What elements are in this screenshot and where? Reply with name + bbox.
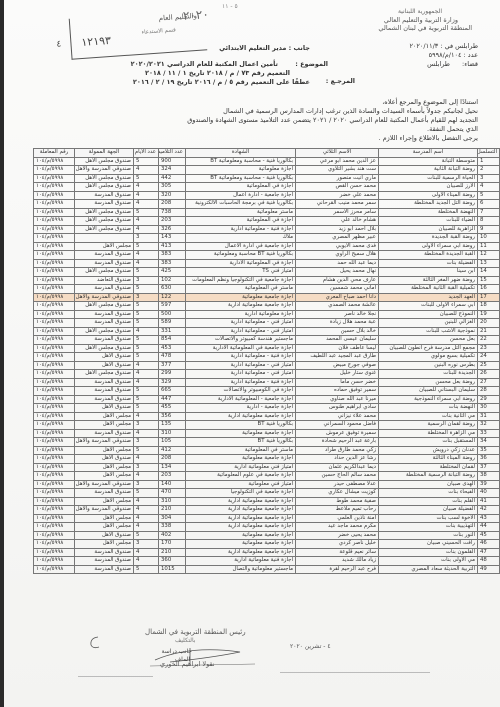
reference-cell: ٥٩٩٨/م/١٠٤ — [34, 429, 75, 438]
table-row: 42الفضيلة صبيانرحاب تميم ملاعطاجازة جامع… — [34, 506, 500, 515]
serial-cell: 45 — [478, 531, 500, 540]
reference-cell: ٥٩٩٨/م/١٠٤ — [34, 157, 75, 166]
table-row: 43الاخوة لسب بناتامنة ناذين العلمياجازة … — [34, 514, 500, 523]
students-cell: 589 — [159, 319, 186, 328]
school-cell: نموذجية الاشب للبنات — [379, 327, 478, 336]
school-cell: متوسطة التبانة — [379, 157, 478, 166]
students-cell: 210 — [159, 506, 186, 515]
degree-cell: بكالوريا فنية BT — [186, 438, 296, 447]
days-cell: 4 — [134, 455, 159, 464]
serial-cell: 16 — [478, 285, 500, 294]
reference-cell: ٥٩٩٨/م/١٠٤ — [34, 276, 75, 285]
reference-cell: ٥٩٩٨/م/١٠٤ — [34, 523, 75, 532]
school-cell: الغزالي للبنين — [379, 319, 478, 328]
days-cell: 3 — [134, 463, 159, 472]
funder-cell: صندوق المدرسة — [75, 191, 134, 200]
reference-cell: ٥٩٩٨/م/١٠٤ — [34, 421, 75, 430]
serial-cell: 46 — [478, 540, 500, 549]
degree-cell: اجازة جامعية معلوماتية — [186, 531, 296, 540]
handwritten-date: ٤ - تشرين ٢٠٢٠ — [290, 643, 331, 651]
school-cell: المستقبل بنات — [379, 438, 478, 447]
students-cell: 143 — [159, 234, 186, 243]
serial-cell: 34 — [478, 438, 500, 447]
handwritten-number: ٢٠٢٠ — [183, 7, 210, 23]
degree-cell: اجازة جامعية في التكنولوجيا — [186, 489, 296, 498]
students-cell: 597 — [159, 302, 186, 311]
students-cell: 447 — [159, 395, 186, 404]
name-cell: نهال محمد يحيل — [296, 268, 379, 277]
days-cell: 5 — [134, 353, 159, 362]
document-page: الجمهورية اللبنانية وزارة التربية والتعل… — [0, 0, 500, 707]
stamp-side-number: ٤ — [56, 39, 62, 49]
days-cell: 3 — [134, 293, 159, 302]
name-cell: فاضل محمود السمراني — [296, 421, 379, 430]
degree-cell: اجازة فنية - معلوماتية ادارية — [186, 378, 296, 387]
school-cell: النهضة المختلطة — [379, 208, 478, 217]
students-cell: 455 — [159, 404, 186, 413]
header-name: الاسم الثلاثي — [296, 149, 379, 158]
degree-cell: اجازة جامعية معلوماتية ادارية — [186, 506, 296, 515]
days-cell: 4 — [134, 191, 159, 200]
name-cell: رحاب تميم ملاعط — [296, 506, 379, 515]
days-cell: 5 — [134, 336, 159, 345]
funder-cell: مجلس الأهل — [75, 242, 134, 251]
funder-cell: صندوق مجلس الأهل — [75, 217, 134, 226]
name-cell: سمير توفيق حماده — [296, 387, 379, 396]
days-cell: 5 — [134, 387, 159, 396]
table-row: 12القبة الجديدة المختلطةهلال سميح الراوي… — [34, 251, 500, 260]
degree-cell: اجازة جامعية معلوماتية ادارية — [186, 523, 296, 532]
reference-cell: ٥٩٩٨/م/١٠٤ — [34, 208, 75, 217]
funder-cell: صندوق الأهل — [75, 455, 134, 464]
name-cell: عبير مظهر المصري — [296, 234, 379, 243]
days-cell: 4 — [134, 523, 159, 532]
days-cell: 5 — [134, 446, 159, 455]
reference-cell: ٥٩٩٨/م/١٠٤ — [34, 191, 75, 200]
table-row: 15روضة ضهر المغر الثالثةعارف محي الدين ه… — [34, 276, 500, 285]
table-row: 44التهذيبية بناتمكرم محمد ماجد عيداجازة … — [34, 523, 500, 532]
days-cell: 4 — [134, 472, 159, 481]
table-row: 46رأفت الحسيني صبيانخليل ناصر كردياجازة … — [34, 540, 500, 549]
table-row: 1متوسطة التبانةعز الدين محمد ابو مرعيبكا… — [34, 157, 500, 166]
table-row: 16تكميلية القبة الثانية المختلطةاماني مح… — [34, 285, 500, 294]
reference-cell: ٥٩٩٨/م/١٠٤ — [34, 174, 75, 183]
name-cell: ماري انيت منصور — [296, 174, 379, 183]
table-header-row: التسلسل اسم المدرسة الاسم الثلاثي الشهاد… — [34, 149, 500, 158]
students-cell: 383 — [159, 259, 186, 268]
name-cell: هلال سميح الراوي — [296, 251, 379, 260]
days-cell: 4 — [134, 200, 159, 209]
reference-cell: ٥٩٩٨/م/١٠٤ — [34, 497, 75, 506]
students-cell: 170 — [159, 540, 186, 549]
table-row: 6روضة التل الجديد المختلطةسمر محمد منيب … — [34, 200, 500, 209]
school-cell: روضة ضهر المغر الثالثة — [379, 276, 478, 285]
reference-cell: ٥٩٩٨/م/١٠٤ — [34, 540, 75, 549]
serial-cell: 4 — [478, 183, 500, 192]
funder-cell: صندوق مجلس الأهل — [75, 208, 134, 217]
reference-cell: ٥٩٩٨/م/١٠٤ — [34, 217, 75, 226]
school-cell: الاخوة لسب بنات — [379, 514, 478, 523]
serial-cell: 32 — [478, 421, 500, 430]
school-cell: النهضة بنات — [379, 404, 478, 413]
name-cell: محمد علي خضر — [296, 191, 379, 200]
name-cell: سامر محرز الاسمر — [296, 208, 379, 217]
funder-cell: صندوقي المدرسة والأهل — [75, 166, 134, 175]
name-cell: دانا احمد صباح المعري — [296, 293, 379, 302]
reference-cell: ٥٩٩٨/م/١٠٤ — [34, 548, 75, 557]
name-cell: عدلا مصطفى حيدر — [296, 480, 379, 489]
days-cell: 4 — [134, 361, 159, 370]
degree-cell: اجازة جامعية معلوماتية ادارية — [186, 497, 296, 506]
reference-cell: ٥٩٩٨/م/١٠٤ — [34, 480, 75, 489]
students-cell: 470 — [159, 489, 186, 498]
degree-cell: اجازة معلوماتية ادارية — [186, 310, 296, 319]
days-cell: 4 — [134, 378, 159, 387]
days-cell: 5 — [134, 268, 159, 277]
school-cell: الفضيلة صبيان — [379, 506, 478, 515]
school-cell: القبة الجديدة المختلطة — [379, 251, 478, 260]
reference-cell: ٥٩٩٨/م/١٠٤ — [34, 395, 75, 404]
table-row: 33مي الزاهرة المختلطةسميرة توفيق عرموشاج… — [34, 429, 500, 438]
days-cell: 5 — [134, 310, 159, 319]
stamp-subtitle: قسم الاستدعاء — [141, 27, 176, 35]
funder-cell: صندوق مجلس الأهل — [75, 183, 134, 192]
table-row: 9الزاهرية للصبيانبلال احمد ابو زيداجازة … — [34, 225, 500, 234]
table-row: 40الفيحاء بناتكوزيت ميشال عكارياجازة جام… — [34, 489, 500, 498]
funder-cell — [75, 234, 134, 243]
table-row: 36روضة الميناء الثالثةرشا عز الدين حدادا… — [34, 455, 500, 464]
days-cell: 4 — [134, 251, 159, 260]
school-cell: التهذيبية بنات — [379, 523, 478, 532]
school-cell: سليمان البستاني للصبيان — [379, 387, 478, 396]
funder-cell: صندوق مجلس الأهل — [75, 157, 134, 166]
name-cell: خليل ناصر كردي — [296, 540, 379, 549]
degree-cell: اجازة جامعية معلوماتية ادارية — [186, 302, 296, 311]
reference-label: المرجـع : — [326, 77, 355, 85]
table-row: 10روضة القبة الجديدةعبير مظهر المصريملاك… — [34, 234, 500, 243]
funder-cell: صندوق المدرسة — [75, 489, 134, 498]
name-cell: بلال احمد ابو زيد — [296, 225, 379, 234]
school-cell: التربية الحديثة سعاد المصري — [379, 565, 478, 574]
degree-cell: ماجستير معلوماتية والتصال — [186, 565, 296, 574]
name-cell: عائشة محمد الصمدي — [296, 302, 379, 311]
reference-cell: ٥٩٩٨/م/١٠٤ — [34, 565, 75, 574]
name-cell: اماني محمد شمسين — [296, 285, 379, 294]
days-cell: 4 — [134, 506, 159, 515]
serial-cell: 22 — [478, 336, 500, 345]
table-row: 30النهضة بناتسادي ابراهيم طنوساجازة جامع… — [34, 404, 500, 413]
table-row: 24تكميلية بسيع مولويطارق عبد المجيد عبد … — [34, 353, 500, 362]
table-row: 18ابي سمراء الأولى للبناتعائشة محمد الصم… — [34, 302, 500, 311]
days-cell: 4 — [134, 514, 159, 523]
students-cell: 329 — [159, 378, 186, 387]
funder-cell: صندوق المدرسة — [75, 557, 134, 566]
degree-cell: ماستر في المعلوماتية — [186, 446, 296, 455]
days-cell: 4 — [134, 259, 159, 268]
name-cell: خالد بلال حسين — [296, 327, 379, 336]
table-row: 27روضة بعل محسنخضر حسن مامااجازة فنية - … — [34, 378, 500, 387]
school-cell: النموذج للصبيان — [379, 310, 478, 319]
students-cell: 630 — [159, 285, 186, 294]
days-cell: 4 — [134, 370, 159, 379]
school-cell: الفضيلة بنات — [379, 259, 478, 268]
reference-cell: ٥٩٩٨/م/١٠٤ — [34, 370, 75, 379]
days-cell: 3 — [134, 234, 159, 243]
name-cell: صفية محمد طوط — [296, 497, 379, 506]
funder-cell: صندوق مجلس الأهل — [75, 174, 134, 183]
scan-line-1 — [78, 676, 153, 677]
students-cell: 105 — [159, 438, 186, 447]
degree-cell: اجازة في الكومبيوتر والاتصالات — [186, 387, 296, 396]
name-cell: عبة محمد هلال زيادة — [296, 319, 379, 328]
name-cell: سائر نعيم قلوعة — [296, 548, 379, 557]
funder-cell: مجلس الأهل — [75, 523, 134, 532]
name-cell: طارق عبد المجيد عبد اللطيف — [296, 353, 379, 362]
funder-cell: مجلس الأهل — [75, 540, 134, 549]
degree-cell: اجازة جامعية معلوماتية — [186, 455, 296, 464]
funder-cell: صندوقي المدرسة والأهل — [75, 506, 134, 515]
days-cell: 5 — [134, 404, 159, 413]
serial-cell: 23 — [478, 344, 500, 353]
name-cell: محمد يحيى خضر — [296, 531, 379, 540]
serial-cell: 1 — [478, 157, 500, 166]
table-row: 17العهد الجديددانا احمد صباح المعرياجازة… — [34, 293, 500, 302]
reference-cell: ٥٩٩٨/م/١٠٤ — [34, 200, 75, 209]
degree-cell: بكالوريا فنية - محاسبة ومعلوماتية BT — [186, 157, 296, 166]
degree-cell: اجازة معلوماتية — [186, 166, 296, 175]
days-cell: 5 — [134, 285, 159, 294]
serial-cell: 8 — [478, 217, 500, 226]
serial-cell: 17 — [478, 293, 500, 302]
serial-cell: 27 — [478, 378, 500, 387]
body-line-5: يرجى التفضل بالاطلاع وإجراء اللازم . — [379, 134, 479, 142]
scan-edge — [0, 0, 4, 707]
students-cell: 210 — [159, 548, 186, 557]
school-cell: رأفت الحسيني صبيان — [379, 540, 478, 549]
table-row: 25بطرس نوره البنينصوفي جورج مبيضامتياز ف… — [34, 361, 500, 370]
days-cell: 4 — [134, 217, 159, 226]
funder-cell: صندوق الأهل — [75, 404, 134, 413]
reference-cell: ٥٩٩٨/م/١٠٤ — [34, 251, 75, 260]
school-cell: بعل محسن — [379, 336, 478, 345]
reference-cell: ٥٩٩٨/م/١٠٤ — [34, 166, 75, 175]
days-cell: 5 — [134, 395, 159, 404]
table-row: 7النهضة المختلطةسامر محرز الاسمرماستر مع… — [34, 208, 500, 217]
reference-cell: ٥٩٩٨/م/١٠٤ — [34, 472, 75, 481]
serial-cell: 2 — [478, 166, 500, 175]
reference-cell: ٥٩٩٨/م/١٠٤ — [34, 302, 75, 311]
header-students: عدد التلاميذ — [159, 149, 186, 158]
days-cell: 4 — [134, 548, 159, 557]
stamp-number: ١٢١٩٣ — [81, 34, 111, 49]
students-cell: 900 — [159, 157, 186, 166]
name-cell: محمد سالم الحاج حسين — [296, 472, 379, 481]
school-cell: الجديدة للبنات — [379, 370, 478, 379]
school-cell: روضة القبة الجديدة — [379, 234, 478, 243]
table-row: 47القلمون بناتسائر نعيم قلوعةاجازة جامعي… — [34, 548, 500, 557]
funder-cell: مجلس الأهل — [75, 421, 134, 430]
students-cell: 360 — [159, 557, 186, 566]
name-cell: ميرنا عبد الله صناوي — [296, 395, 379, 404]
students-cell: 299 — [159, 370, 186, 379]
school-cell: روضة ابي سمراء النموذجية — [379, 395, 478, 404]
reference-cell: ٥٩٩٨/م/١٠٤ — [34, 353, 75, 362]
days-cell: 4 — [134, 412, 159, 421]
funder-cell: صندوق المدرسة — [75, 259, 134, 268]
header-district-label: قضاء: — [462, 60, 478, 68]
serial-cell: 20 — [478, 319, 500, 328]
days-cell: 4 — [134, 166, 159, 175]
funder-cell: مجلس الأهل — [75, 497, 134, 506]
handwritten-note: ٥ - ١١ — [222, 3, 238, 10]
name-cell: هشام خالد علي — [296, 217, 379, 226]
serial-cell: 49 — [478, 565, 500, 574]
school-cell: ابي سمراء الأولى للبنات — [379, 302, 478, 311]
funder-cell: صندوق التعاضد — [75, 276, 134, 285]
serial-cell: 42 — [478, 506, 500, 515]
degree-cell: اجازة جامعية - المعلوماتية الادارية — [186, 395, 296, 404]
funder-cell: صندوق مجلس الأهل — [75, 225, 134, 234]
serial-cell: 13 — [478, 259, 500, 268]
name-cell: بارعة عبد الرحيم شحادة — [296, 438, 379, 447]
body-line-1: استنادًا إلى الموضوع والمرجع أعلاه، — [382, 98, 478, 106]
name-cell: رشا عز الدين حداد — [296, 455, 379, 464]
reference-cell: ٥٩٩٨/م/١٠٤ — [34, 268, 75, 277]
serial-cell: 33 — [478, 429, 500, 438]
days-cell: 5 — [134, 489, 159, 498]
name-cell: نجلا خالد ناصر — [296, 310, 379, 319]
table-row: 49التربية الحديثة سعاد المصريفرح عبد الر… — [34, 565, 500, 574]
funder-cell: صندوق مجلس الأهل — [75, 327, 134, 336]
days-cell: 5 — [134, 242, 159, 251]
degree-cell: امتياز فني TS — [186, 268, 296, 277]
students-cell: 140 — [159, 480, 186, 489]
school-cell: القلمون بنات — [379, 548, 478, 557]
table-row: 19النموذج للصبياننجلا خالد ناصراجازة معل… — [34, 310, 500, 319]
serial-cell: 47 — [478, 548, 500, 557]
school-cell: مي الأولى بنات — [379, 557, 478, 566]
table-row: 48مي الأولى بناتزياد مالك شديداجازة فنية… — [34, 557, 500, 566]
reference-cell: ٥٩٩٨/م/١٠٤ — [34, 327, 75, 336]
serial-cell: 5 — [478, 191, 500, 200]
school-cell: ابن سينا — [379, 268, 478, 277]
serial-cell: 10 — [478, 234, 500, 243]
students-cell: 102 — [159, 276, 186, 285]
reference-cell: ٥٩٩٨/م/١٠٤ — [34, 438, 75, 447]
staff-table: التسلسل اسم المدرسة الاسم الثلاثي الشهاد… — [33, 148, 500, 574]
table-row: 5روضة الميناء الأولىمحمد علي خضراجازة جا… — [34, 191, 500, 200]
serial-cell: 30 — [478, 404, 500, 413]
header-number: عدد : ١٠٤/م/٥٩٩٨ — [429, 51, 478, 59]
funder-cell: صندوق مجلس الأهل — [75, 302, 134, 311]
body-line-3: التجديد لهم للقيام بأعمال المكتبة للعام … — [187, 116, 478, 124]
reference-cell: ٥٩٩٨/م/١٠٤ — [34, 557, 75, 566]
body-line-2: نحيل لجانبكم جدولاً بأسماء السيدات والسا… — [223, 107, 478, 115]
serial-cell: 29 — [478, 395, 500, 404]
name-cell: غنوى ستار خليل — [296, 370, 379, 379]
name-cell: سمر محمد منيب القرحاني — [296, 200, 379, 209]
students-cell: 412 — [159, 446, 186, 455]
reference-cell: ٥٩٩٨/م/١٠٤ — [34, 285, 75, 294]
table-row: 41القلم بناتصفية محمد طوطاجازة جامعية مع… — [34, 497, 500, 506]
reference-cell: ٥٩٩٨/م/١٠٤ — [34, 234, 75, 243]
name-cell: زكي محمد طارق طراد — [296, 446, 379, 455]
degree-cell: اجازة فنية - معلوماتية ادارية — [186, 353, 296, 362]
funder-cell: صندوق المدرسة — [75, 310, 134, 319]
school-cell: روضة التل الجديد المختلطة — [379, 200, 478, 209]
students-cell: 310 — [159, 429, 186, 438]
degree-cell: ماجستير هندسة كمبيوتر والاتصالات — [186, 336, 296, 345]
table-row: 21نموذجية الاشب للبناتخالد بلال حسينامتي… — [34, 327, 500, 336]
school-cell: القلم بنات — [379, 497, 478, 506]
reference-cell: ٥٩٩٨/م/١٠٤ — [34, 378, 75, 387]
days-cell: 5 — [134, 157, 159, 166]
header-district: طرابلس — [427, 60, 450, 68]
table-row: 20الغزالي للبنينعبة محمد هلال زيادةامتيا… — [34, 319, 500, 328]
funder-cell: صندوق المدرسة — [75, 319, 134, 328]
funder-cell: صندوق مجلس الأهل — [75, 370, 134, 379]
students-cell: 413 — [159, 242, 186, 251]
degree-cell: اجازة جامعية معلوماتية ادارية — [186, 548, 296, 557]
serial-cell: 48 — [478, 557, 500, 566]
degree-cell: بكالوريا فنية BT محاسبة ومعلوماتية — [186, 251, 296, 260]
serial-cell: 14 — [478, 268, 500, 277]
serial-cell: 36 — [478, 455, 500, 464]
name-cell: ست هند بشير التلاوي — [296, 166, 379, 175]
table-row: 26الجديدة للبناتغنوى ستار خليلامتياز فني… — [34, 370, 500, 379]
serial-cell: 37 — [478, 463, 500, 472]
students-cell: 854 — [159, 336, 186, 345]
students-cell: 738 — [159, 208, 186, 217]
students-cell: 208 — [159, 455, 186, 464]
days-cell: 5 — [134, 531, 159, 540]
reference-1: التعميم رقم ٧٣ / م / ٢٠١٨ تاريخ ١ / ١١ /… — [145, 69, 290, 77]
serial-cell: 35 — [478, 446, 500, 455]
school-cell: تكميلية القبة الثانية المختلطة — [379, 285, 478, 294]
serial-cell: 11 — [478, 242, 500, 251]
students-cell: 377 — [159, 361, 186, 370]
degree-cell: اجازة جامعية معلوماتية — [186, 429, 296, 438]
name-cell: سليمان عيسى المحمد — [296, 336, 379, 345]
funder-cell: مجلس الأهل — [75, 412, 134, 421]
reference-2: عطفًا على التعميم رقم ٥ / م / ٢٠١٦ تاريخ… — [133, 78, 310, 86]
header-serial: التسلسل — [478, 149, 500, 158]
name-cell: امنة ناذين العلمي — [296, 514, 379, 523]
serial-cell: 31 — [478, 412, 500, 421]
degree-cell: اجازة جامعية معلوماتية — [186, 540, 296, 549]
days-cell: 4 — [134, 497, 159, 506]
degree-cell: اجازة جامعية في علوم المعلوماتية — [186, 472, 296, 481]
reference-cell: ٥٩٩٨/م/١٠٤ — [34, 319, 75, 328]
reference-cell: ٥٩٩٨/م/١٠٤ — [34, 455, 75, 464]
school-cell: بطرس نوره البنين — [379, 361, 478, 370]
degree-cell: اجازة جامعية في ادارة الاعمال — [186, 242, 296, 251]
reference-cell: ٥٩٩٨/م/١٠٤ — [34, 293, 75, 302]
reference-cell: ٥٩٩٨/م/١٠٤ — [34, 259, 75, 268]
name-cell: محمد حسن القص — [296, 183, 379, 192]
funder-cell: صندوق الأهل — [75, 531, 134, 540]
students-cell: 134 — [159, 463, 186, 472]
funder-cell: مجلس الأهل — [75, 472, 134, 481]
funder-cell: مجلس الأهل — [75, 446, 134, 455]
table-row: 13الفضيلة بناتديما عبد الله حمداجازة في … — [34, 259, 500, 268]
name-cell: مكرم محمد ماجد عيد — [296, 523, 379, 532]
students-cell: 208 — [159, 200, 186, 209]
degree-cell: اجازة جامعية معلوماتية ادارية — [186, 412, 296, 421]
funder-cell: صندوق المدرسة — [75, 200, 134, 209]
days-cell: 4 — [134, 429, 159, 438]
school-cell: روضة بعل محسن — [379, 378, 478, 387]
